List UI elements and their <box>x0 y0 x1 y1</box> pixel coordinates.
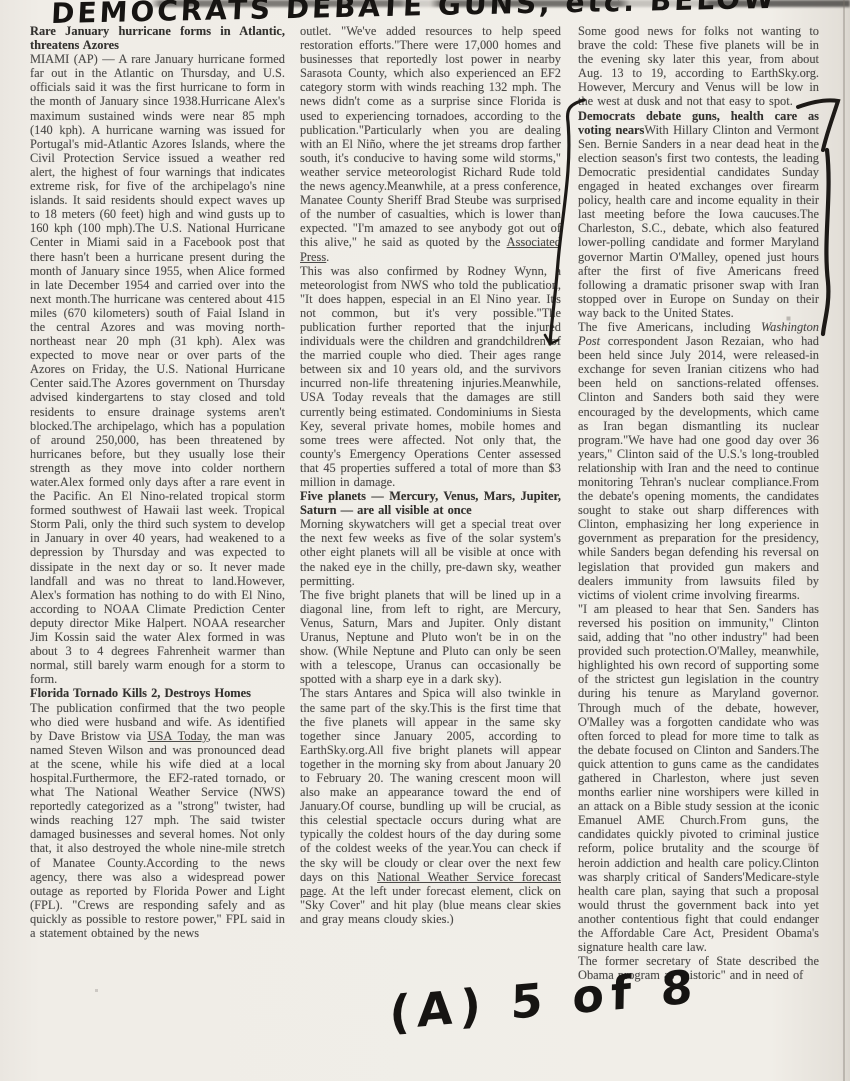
page-edge-line <box>843 0 845 1081</box>
handwritten-margin-line <box>823 150 829 334</box>
article-paragraph: outlet. "We've added resources to help s… <box>300 24 561 264</box>
text-run: . <box>326 250 329 264</box>
text-run: correspondent Jason Rezaian, who had bee… <box>578 334 819 602</box>
text-run: The five bright planets that will be lin… <box>300 588 561 687</box>
scan-noise-specks <box>0 0 1 1</box>
text-run: , the man was named Steven Wilson and wa… <box>30 729 285 940</box>
text-run: . At the left under forecast element, cl… <box>300 884 561 926</box>
article-paragraph: The publication confirmed that the two p… <box>30 701 285 941</box>
text-run: This was also confirmed by Rodney Wynn, … <box>300 264 561 489</box>
article-column-1: Rare January hurricane forms in Atlantic… <box>30 24 285 940</box>
article-paragraph: This was also confirmed by Rodney Wynn, … <box>300 264 561 490</box>
article-column-3: Some good news for folks not wanting to … <box>578 24 819 982</box>
article-headline: Five planets — Mercury, Venus, Mars, Jup… <box>300 489 561 517</box>
article-paragraph: MIAMI (AP) — A rare January hurricane fo… <box>30 52 285 686</box>
article-paragraph: "I am pleased to hear that Sen. Sanders … <box>578 602 819 954</box>
article-paragraph: The five Americans, including Washington… <box>578 320 819 602</box>
article-paragraph: Morning skywatchers will get a special t… <box>300 517 561 587</box>
text-run: Florida Tornado Kills 2, Destroys Homes <box>30 686 251 700</box>
text-run: The five Americans, including <box>578 320 761 334</box>
text-run: With Hillary Clinton and Vermont Sen. Be… <box>578 123 819 320</box>
text-run: Morning skywatchers will get a special t… <box>300 517 561 587</box>
article-column-2: outlet. "We've added resources to help s… <box>300 24 561 926</box>
text-run: outlet. "We've added resources to help s… <box>300 24 561 249</box>
text-run: Five planets — Mercury, Venus, Mars, Jup… <box>300 489 561 517</box>
scanned-newspaper-page: Rare January hurricane forms in Atlantic… <box>0 0 850 1081</box>
article-paragraph: The stars Antares and Spica will also tw… <box>300 686 561 926</box>
article-columns: Rare January hurricane forms in Atlantic… <box>30 24 819 982</box>
text-run: "I am pleased to hear that Sen. Sanders … <box>578 602 819 954</box>
text-run: Some good news for folks not wanting to … <box>578 24 819 108</box>
article-headline: Florida Tornado Kills 2, Destroys Homes <box>30 686 285 700</box>
text-run: The stars Antares and Spica will also tw… <box>300 686 561 883</box>
text-run: MIAMI (AP) — A rare January hurricane fo… <box>30 52 285 686</box>
article-paragraph: Democrats debate guns, health care as vo… <box>578 109 819 320</box>
article-paragraph: The five bright planets that will be lin… <box>300 588 561 687</box>
linked-text: USA Today <box>148 729 208 743</box>
article-paragraph: Some good news for folks not wanting to … <box>578 24 819 109</box>
